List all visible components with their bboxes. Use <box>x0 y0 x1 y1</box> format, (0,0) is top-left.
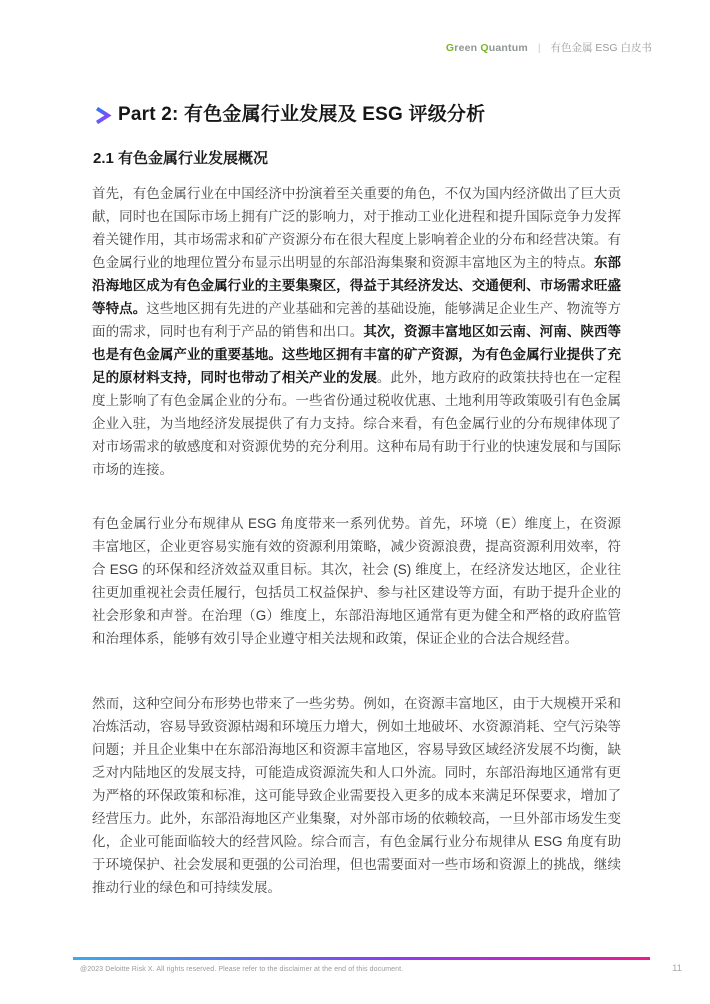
logo-letter-run: reen <box>454 42 480 54</box>
part-title-row: Part 2: 有色金属行业发展及 ESG 评级分析 <box>93 102 485 128</box>
paragraphs-container: 首先，有色金属行业在中国经济中扮演着至关重要的角色，不仅为国内经济做出了巨大贡献… <box>92 182 621 930</box>
text-run: 然而，这种空间分布形势也带来了一些劣势。例如，在资源丰富地区，由于大规模开采和冶… <box>92 696 621 895</box>
logo-letter-run: uantum <box>489 42 528 54</box>
section-heading: 2.1 有色金属行业发展概况 <box>93 148 268 170</box>
document-page: Green Quantum | 有色金属 ESG 白皮书 Part 2: 有色金… <box>0 0 710 1004</box>
text-run: 首先，有色金属行业在中国经济中扮演着至关重要的角色，不仅为国内经济做出了巨大贡献… <box>92 186 621 270</box>
page-header: Green Quantum | 有色金属 ESG 白皮书 <box>446 41 652 55</box>
logo-letter-run: Q <box>480 42 488 54</box>
page-number: 11 <box>672 963 682 975</box>
body-paragraph: 首先，有色金属行业在中国经济中扮演着至关重要的角色，不仅为国内经济做出了巨大贡献… <box>92 182 621 481</box>
header-doc-title: 有色金属 ESG 白皮书 <box>550 42 652 54</box>
footer-gradient-bar <box>73 957 650 960</box>
part-title: Part 2: 有色金属行业发展及 ESG 评级分析 <box>118 102 485 128</box>
text-run: 有色金属行业分布规律从 ESG 角度带来一系列优势。首先，环境（E）维度上，在资… <box>92 516 621 646</box>
footer-copyright: @2023 Deloitte Risk X. All rights reserv… <box>80 965 403 974</box>
header-separator: | <box>538 42 541 54</box>
text-run: 。此外，地方政府的政策扶持也在一定程度上影响了有色金属企业的分布。一些省份通过税… <box>92 370 621 477</box>
body-paragraph: 然而，这种空间分布形势也带来了一些劣势。例如，在资源丰富地区，由于大规模开采和冶… <box>92 692 621 899</box>
chevron-right-icon <box>93 106 112 125</box>
green-quantum-logo: Green Quantum <box>446 42 528 54</box>
body-paragraph: 有色金属行业分布规律从 ESG 角度带来一系列优势。首先，环境（E）维度上，在资… <box>92 512 621 650</box>
